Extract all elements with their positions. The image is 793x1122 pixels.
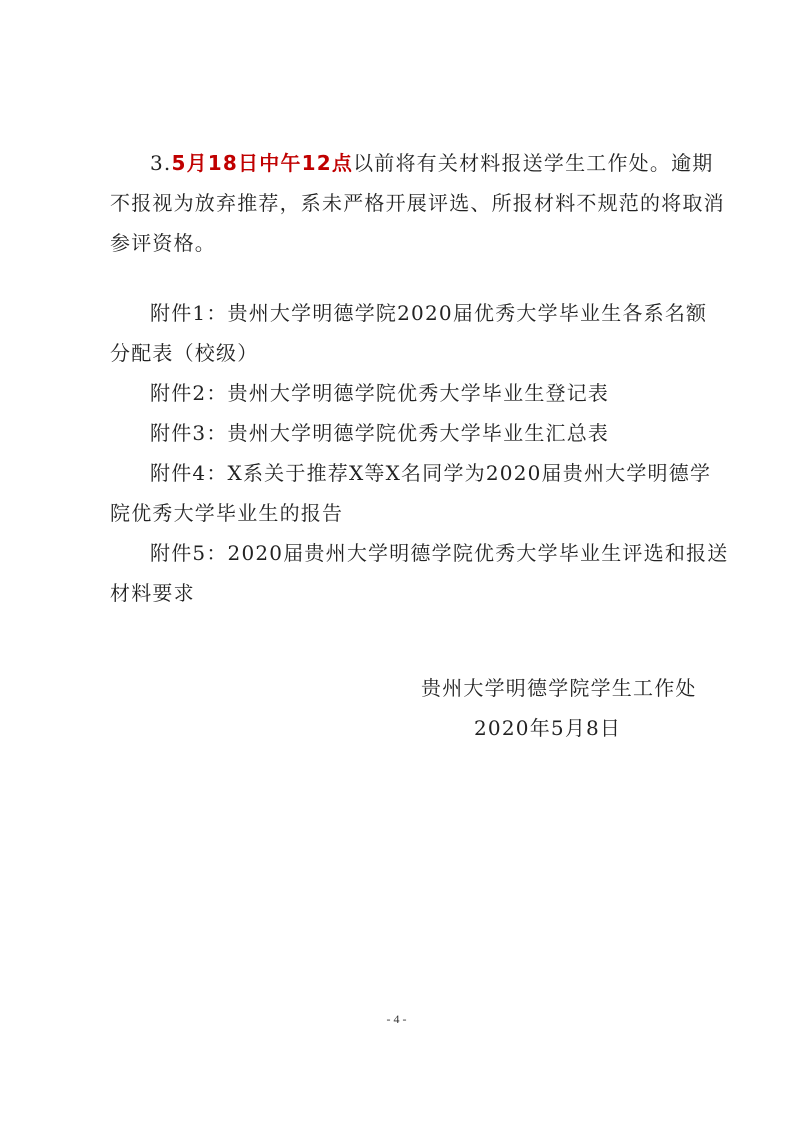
- attachment-4-line-2: 院优秀大学毕业生的报告: [110, 501, 690, 525]
- attachment-5-line-2: 材料要求: [110, 581, 690, 605]
- attachment-4-line-1: 附件4：X系关于推荐X等X名同学为2020届贵州大学明德学: [150, 461, 730, 485]
- signature-date: 2020年5月8日: [474, 716, 621, 740]
- attachment-1-line-1: 附件1：贵州大学明德学院2020届优秀大学毕业生各系名额: [150, 301, 730, 325]
- document-page: 3.5月18日中午12点以前将有关材料报送学生工作处。逾期 不报视为放弃推荐，系…: [0, 0, 793, 1122]
- attachment-1-line-2: 分配表（校级）: [110, 341, 690, 365]
- item-3-line-1: 3.5月18日中午12点以前将有关材料报送学生工作处。逾期: [150, 151, 730, 175]
- deadline-highlight: 5月18日中午12点: [171, 151, 353, 175]
- item-3-text: 以前将有关材料报送学生工作处。逾期: [353, 151, 713, 175]
- signature-org: 贵州大学明德学院学生工作处: [421, 676, 697, 700]
- item-3-line-3: 参评资格。: [110, 231, 690, 255]
- item-number: 3.: [150, 151, 171, 175]
- page-number: - 4 -: [0, 1012, 793, 1027]
- item-3-line-2: 不报视为放弃推荐，系未严格开展评选、所报材料不规范的将取消: [110, 191, 690, 215]
- attachment-3: 附件3：贵州大学明德学院优秀大学毕业生汇总表: [150, 421, 730, 445]
- attachment-5-line-1: 附件5：2020届贵州大学明德学院优秀大学毕业生评选和报送: [150, 541, 730, 565]
- attachment-2: 附件2：贵州大学明德学院优秀大学毕业生登记表: [150, 381, 730, 405]
